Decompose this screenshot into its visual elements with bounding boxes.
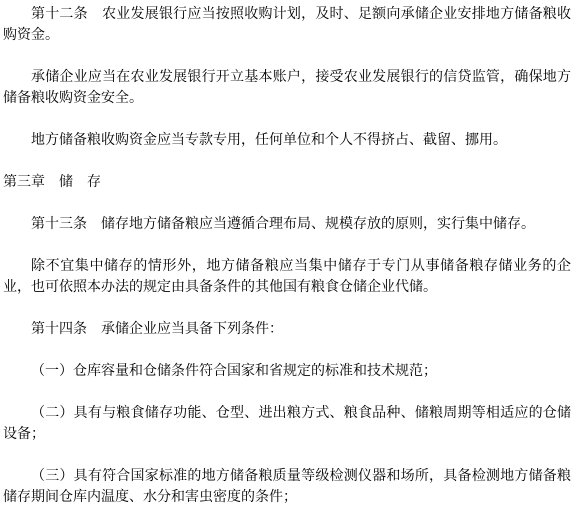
article-13-paragraph: 第十三条 储存地方储备粮应当遵循合理布局、规模存放的原则，实行集中储存。 xyxy=(3,214,571,235)
article-12-paragraph-2: 承储企业应当在农业发展银行开立基本账户，接受农业发展银行的信贷监管，确保地方储备… xyxy=(3,67,571,109)
chapter-3-heading: 第三章 储 存 xyxy=(3,172,571,193)
article-13-paragraph-2: 除不宜集中储存的情形外，地方储备粮应当集中储存于专门从事储备粮存储业务的企业，也… xyxy=(3,256,571,298)
article-14-condition-1: （一）仓库容量和仓储条件符合国家和省规定的标准和技术规范； xyxy=(3,361,571,382)
article-12-paragraph-3: 地方储备粮收购资金应当专款专用，任何单位和个人不得挤占、截留、挪用。 xyxy=(3,130,571,151)
article-14-condition-2: （二）具有与粮食储存功能、仓型、进出粮方式、粮食品种、储粮周期等相适应的仓储设备… xyxy=(3,403,571,445)
article-14-condition-3: （三）具有符合国家标准的地方储备粮质量等级检测仪器和场所，具备检测地方储备粮储存… xyxy=(3,466,571,508)
article-14-paragraph: 第十四条 承储企业应当具备下列条件： xyxy=(3,319,571,340)
article-12-paragraph: 第十二条 农业发展银行应当按照收购计划，及时、足额向承储企业安排地方储备粮收购资… xyxy=(3,4,571,46)
regulation-document-page: 第十二条 农业发展银行应当按照收购计划，及时、足额向承储企业安排地方储备粮收购资… xyxy=(0,0,574,511)
